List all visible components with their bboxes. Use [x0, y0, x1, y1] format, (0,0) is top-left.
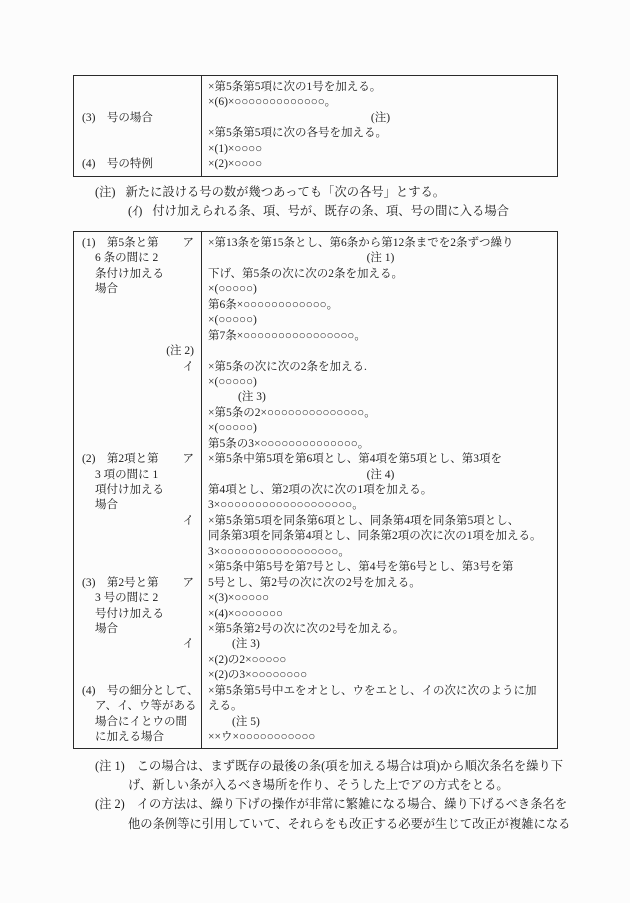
example-text-cell: 第7条×○○○○○○○○○○○○○○○○。 [201, 329, 557, 344]
example-text-cell: ×第13条を第15条とし、第6条から第12条までを2条ずつ繰り [201, 236, 557, 251]
table-row: ア、イ、ウ等があるえる。 [74, 699, 557, 714]
case-label-text: 項付け加える [95, 483, 164, 498]
example-text-cell: ×第5条第5項に次の各号を加える。 [201, 126, 557, 141]
example-text-cell: ×第5条の次に次の2条を加える. [201, 360, 557, 375]
case-label-cell [74, 390, 201, 405]
method-marker: (注 2) [166, 344, 194, 359]
method-marker: イ [183, 360, 195, 375]
table-row: イ×第5条の次に次の2条を加える. [74, 360, 557, 375]
example-text-cell: ×(4)×○○○○○○○ [201, 607, 557, 622]
table-row: (1) 第5条と第ア×第13条を第15条とし、第6条から第12条までを2条ずつ繰… [74, 236, 557, 251]
table-row: ×(○○○○○) [74, 313, 557, 328]
case-label-text: 3 号の間に 2 [95, 591, 158, 606]
table-rows: ×第5条第5項に次の1号を加える。×(6)×○○○○○○○○○○○○○。(3) … [74, 76, 557, 176]
table-row: 号付け加える×(4)×○○○○○○○ [74, 607, 557, 622]
case-label-text: (3) 第2号と第 [82, 576, 159, 591]
case-label-cell: 項付け加える [74, 483, 201, 498]
method-marker: ア [183, 236, 195, 251]
case-label-cell: (注 2) [74, 344, 201, 359]
example-text-cell [201, 344, 557, 359]
case-label-cell: 6 条の間に 2 [74, 251, 201, 266]
table-row: (4) 号の特例×(2)×○○○○ [74, 157, 557, 172]
table-row: (3) 第2号と第ア5号とし、第2号の次に次の2号を加える。 [74, 576, 557, 591]
table-row: ×(○○○○○) [74, 375, 557, 390]
table-row: (注 3) [74, 390, 557, 405]
table-row: イ(注 3) [74, 637, 557, 652]
case-label-cell: (4) 号の特例 [74, 157, 201, 172]
table-row: 場合3×○○○○○○○○○○○○○○○○○○○。 [74, 498, 557, 513]
table-row: ×第5条第5項に次の各号を加える。 [74, 126, 557, 141]
table-row: 場合×(○○○○○) [74, 282, 557, 297]
table-row: 項付け加える第4項とし、第2項の次に次の1項を加える。 [74, 483, 557, 498]
example-text-cell: ×第5条の2×○○○○○○○○○○○○○○。 [201, 406, 557, 421]
example-text-cell: (注 4) [201, 468, 557, 483]
case-label-cell [74, 375, 201, 390]
note-line: (注)新たに設ける号の数が幾つあっても「次の各号」とする。 [95, 183, 445, 202]
case-label-cell [74, 668, 201, 683]
example-text-cell: ×第5条第5号中エをオとし、ウをエとし、イの次に次のように加 [201, 684, 557, 699]
table-row: 3 号の間に 2×(3)×○○○○○ [74, 591, 557, 606]
example-text-cell: ×(2)×○○○○ [201, 157, 557, 172]
case-label-cell: イ [74, 637, 201, 652]
table-row: に加える場合××ウ×○○○○○○○○○○○ [74, 730, 557, 745]
table-row: 6 条の間に 2(注 1) [74, 251, 557, 266]
example-text-cell: 3×○○○○○○○○○○○○○○○○○○○。 [201, 498, 557, 513]
case-label-cell: ア、イ、ウ等がある [74, 699, 201, 714]
footnote-label: (注 2) [95, 797, 125, 811]
case-label-cell [74, 126, 201, 141]
example-text-cell: える。 [201, 699, 557, 714]
table-row: ×第5条第5項に次の1号を加える。 [74, 80, 557, 95]
case-label-cell: (3) 号の場合 [74, 111, 201, 126]
case-label-text: 場合 [95, 282, 118, 297]
statute-amendment-table-top: ×第5条第5項に次の1号を加える。×(6)×○○○○○○○○○○○○○。(3) … [73, 75, 558, 177]
case-label-cell [74, 421, 201, 436]
footnote-text: この場合は、まず既存の最後の条(項を加える場合は項)から順次条名を繰り下 [137, 759, 563, 773]
table-row: ×(6)×○○○○○○○○○○○○○。 [74, 95, 557, 110]
example-text-cell: 5号とし、第2号の次に次の2号を加える。 [201, 576, 557, 591]
case-label-cell: (2) 第2項と第ア [74, 452, 201, 467]
case-label-text: (3) 号の場合 [82, 111, 153, 126]
column-divider [201, 232, 202, 748]
footnote-line: (注 1)この場合は、まず既存の最後の条(項を加える場合は項)から順次条名を繰り… [95, 757, 565, 776]
footnote-text: イの方法は、繰り下げの操作が非常に繁雑になる場合、繰り下げるべき条名を [137, 797, 567, 811]
table-rows: (1) 第5条と第ア×第13条を第15条とし、第6条から第12条までを2条ずつ繰… [74, 232, 557, 748]
example-text-cell: (注 3) [201, 637, 557, 652]
case-label-cell: 条付け加える [74, 267, 201, 282]
case-label-text: 場合にイとウの間 [95, 715, 187, 730]
footnote-2: (注 2)イの方法は、繰り下げの操作が非常に繁雑になる場合、繰り下げるべき条名を… [95, 795, 565, 833]
case-label-cell [74, 298, 201, 313]
case-label-cell: 場合にイとウの間 [74, 715, 201, 730]
case-label-cell: (4) 号の細分として、 [74, 684, 201, 699]
example-text-cell: 3×○○○○○○○○○○○○○○○○○。 [201, 545, 557, 560]
footnote-line: (注 2)イの方法は、繰り下げの操作が非常に繁雑になる場合、繰り下げるべき条名を [95, 795, 565, 814]
case-label-cell [74, 653, 201, 668]
example-text-cell: 第5条の3×○○○○○○○○○○○○○○。 [201, 437, 557, 452]
example-text-cell: (注) [201, 111, 557, 126]
note-text: 新たに設ける号の数が幾つあっても「次の各号」とする。 [126, 185, 446, 199]
case-label-cell: イ [74, 514, 201, 529]
table-row: ×(○○○○○) [74, 421, 557, 436]
case-label-text: 場合 [95, 498, 118, 513]
case-label-cell: 3 号の間に 2 [74, 591, 201, 606]
table-row: 条付け加える下げ、第5条の次に次の2条を加える。 [74, 267, 557, 282]
table-row: (注 2) [74, 344, 557, 359]
case-label-text: に加える場合 [95, 730, 164, 745]
footnote-line: 他の条例等に引用していて、それらをも改正する必要が生じて改正が複雑になる [95, 815, 565, 834]
subsection-text: 付け加えられる条、項、号が、既存の条、項、号の間に入る場合 [152, 204, 509, 218]
case-label-cell: 場合 [74, 622, 201, 637]
footnote-label: (注 1) [95, 759, 125, 773]
table-row: (3) 号の場合(注) [74, 111, 557, 126]
example-text-cell: ×(1)×○○○○ [201, 142, 557, 157]
table-row: 3×○○○○○○○○○○○○○○○○○。 [74, 545, 557, 560]
method-marker: ア [183, 452, 195, 467]
example-text-cell: 第4項とし、第2項の次に次の1項を加える。 [201, 483, 557, 498]
case-label-cell [74, 529, 201, 544]
example-text-cell: ×(6)×○○○○○○○○○○○○○。 [201, 95, 557, 110]
example-text-cell: ×(○○○○○) [201, 313, 557, 328]
case-label-cell [74, 95, 201, 110]
case-label-cell [74, 329, 201, 344]
example-text-cell: ×第5条第5項を同条第6項とし、同条第4項を同条第5項とし、 [201, 514, 557, 529]
table-row: 第7条×○○○○○○○○○○○○○○○○。 [74, 329, 557, 344]
case-label-cell: イ [74, 360, 201, 375]
example-text-cell: ×(2)の3×○○○○○○○○ [201, 668, 557, 683]
footnote-1: (注 1)この場合は、まず既存の最後の条(項を加える場合は項)から順次条名を繰り… [95, 757, 565, 795]
case-label-text: 条付け加える [95, 267, 164, 282]
example-text-cell: (注 5) [201, 715, 557, 730]
example-text-cell: ×第5条第5項に次の1号を加える。 [201, 80, 557, 95]
method-marker: イ [183, 637, 195, 652]
table-row: ×(1)×○○○○ [74, 142, 557, 157]
statute-amendment-table-main: (1) 第5条と第ア×第13条を第15条とし、第6条から第12条までを2条ずつ繰… [73, 231, 558, 749]
column-divider [201, 76, 202, 176]
table-row: 第5条の3×○○○○○○○○○○○○○○。 [74, 437, 557, 452]
case-label-text: (4) 号の特例 [82, 157, 153, 172]
example-text-cell: ×(3)×○○○○○ [201, 591, 557, 606]
table-row: イ×第5条第5項を同条第6項とし、同条第4項を同条第5項とし、 [74, 514, 557, 529]
example-text-cell: ×(2)の2×○○○○○ [201, 653, 557, 668]
table-row: (4) 号の細分として、×第5条第5号中エをオとし、ウをエとし、イの次に次のよう… [74, 684, 557, 699]
example-text-cell: ×(○○○○○) [201, 375, 557, 390]
table-row: ×(2)の2×○○○○○ [74, 653, 557, 668]
case-label-text: (4) 号の細分として、 [82, 684, 199, 699]
case-label-text: ア、イ、ウ等がある [95, 699, 197, 714]
method-marker: イ [183, 514, 195, 529]
example-text-cell: 第6条×○○○○○○○○○○○○。 [201, 298, 557, 313]
case-label-cell: 3 項の間に 1 [74, 468, 201, 483]
table-row: 場合×第5条第2号の次に次の2号を加える。 [74, 622, 557, 637]
example-text-cell: ×(○○○○○) [201, 421, 557, 436]
subsection-heading: (ｲ)付け加えられる条、項、号が、既存の条、項、号の間に入る場合 [128, 202, 509, 221]
case-label-text: 号付け加える [95, 607, 164, 622]
case-label-cell: 場合 [74, 498, 201, 513]
case-label-cell: (3) 第2号と第ア [74, 576, 201, 591]
case-label-text: 3 項の間に 1 [95, 468, 158, 483]
case-label-cell [74, 142, 201, 157]
table-row: (2) 第2項と第ア×第5条中第5項を第6項とし、第4項を第5項とし、第3項を [74, 452, 557, 467]
example-text-cell: ×第5条第2号の次に次の2号を加える。 [201, 622, 557, 637]
example-text-cell: ×第5条中第5号を第7号とし、第4号を第6号とし、第3号を第 [201, 560, 557, 575]
case-label-cell [74, 313, 201, 328]
example-text-cell: ××ウ×○○○○○○○○○○○ [201, 730, 557, 745]
table-row: 場合にイとウの間(注 5) [74, 715, 557, 730]
case-label-cell [74, 80, 201, 95]
table-row: ×第5条中第5号を第7号とし、第4号を第6号とし、第3号を第 [74, 560, 557, 575]
example-text-cell: ×第5条中第5項を第6項とし、第4項を第5項とし、第3項を [201, 452, 557, 467]
case-label-text: (1) 第5条と第 [82, 236, 159, 251]
table-row: ×(2)の3×○○○○○○○○ [74, 668, 557, 683]
example-text-cell: 同条第3項を同条第4項とし、同条第2項の次に次の1項を加える。 [201, 529, 557, 544]
case-label-text: 場合 [95, 622, 118, 637]
table-row: 同条第3項を同条第4項とし、同条第2項の次に次の1項を加える。 [74, 529, 557, 544]
case-label-cell [74, 560, 201, 575]
case-label-cell: 場合 [74, 282, 201, 297]
document-page: ×第5条第5項に次の1号を加える。×(6)×○○○○○○○○○○○○○。(3) … [0, 0, 630, 903]
example-text-cell: 下げ、第5条の次に次の2条を加える。 [201, 267, 557, 282]
footnotes: (注 1)この場合は、まず既存の最後の条(項を加える場合は項)から順次条名を繰り… [95, 757, 565, 834]
case-label-cell [74, 545, 201, 560]
subsection-label: (ｲ) [128, 204, 142, 218]
case-label-text: 6 条の間に 2 [95, 251, 158, 266]
case-label-cell: 号付け加える [74, 607, 201, 622]
method-marker: ア [183, 576, 195, 591]
case-label-cell [74, 406, 201, 421]
table-row: ×第5条の2×○○○○○○○○○○○○○○。 [74, 406, 557, 421]
example-text-cell: ×(○○○○○) [201, 282, 557, 297]
footnote-line: げ、新しい条が入るべき場所を作り、そうした上でアの方式をとる。 [95, 776, 565, 795]
case-label-cell [74, 437, 201, 452]
case-label-cell: (1) 第5条と第ア [74, 236, 201, 251]
table-row: 3 項の間に 1(注 4) [74, 468, 557, 483]
case-label-cell: に加える場合 [74, 730, 201, 745]
example-text-cell: (注 3) [201, 390, 557, 405]
case-label-text: (2) 第2項と第 [82, 452, 159, 467]
table-row: 第6条×○○○○○○○○○○○○。 [74, 298, 557, 313]
example-text-cell: (注 1) [201, 251, 557, 266]
note-label: (注) [95, 185, 116, 199]
